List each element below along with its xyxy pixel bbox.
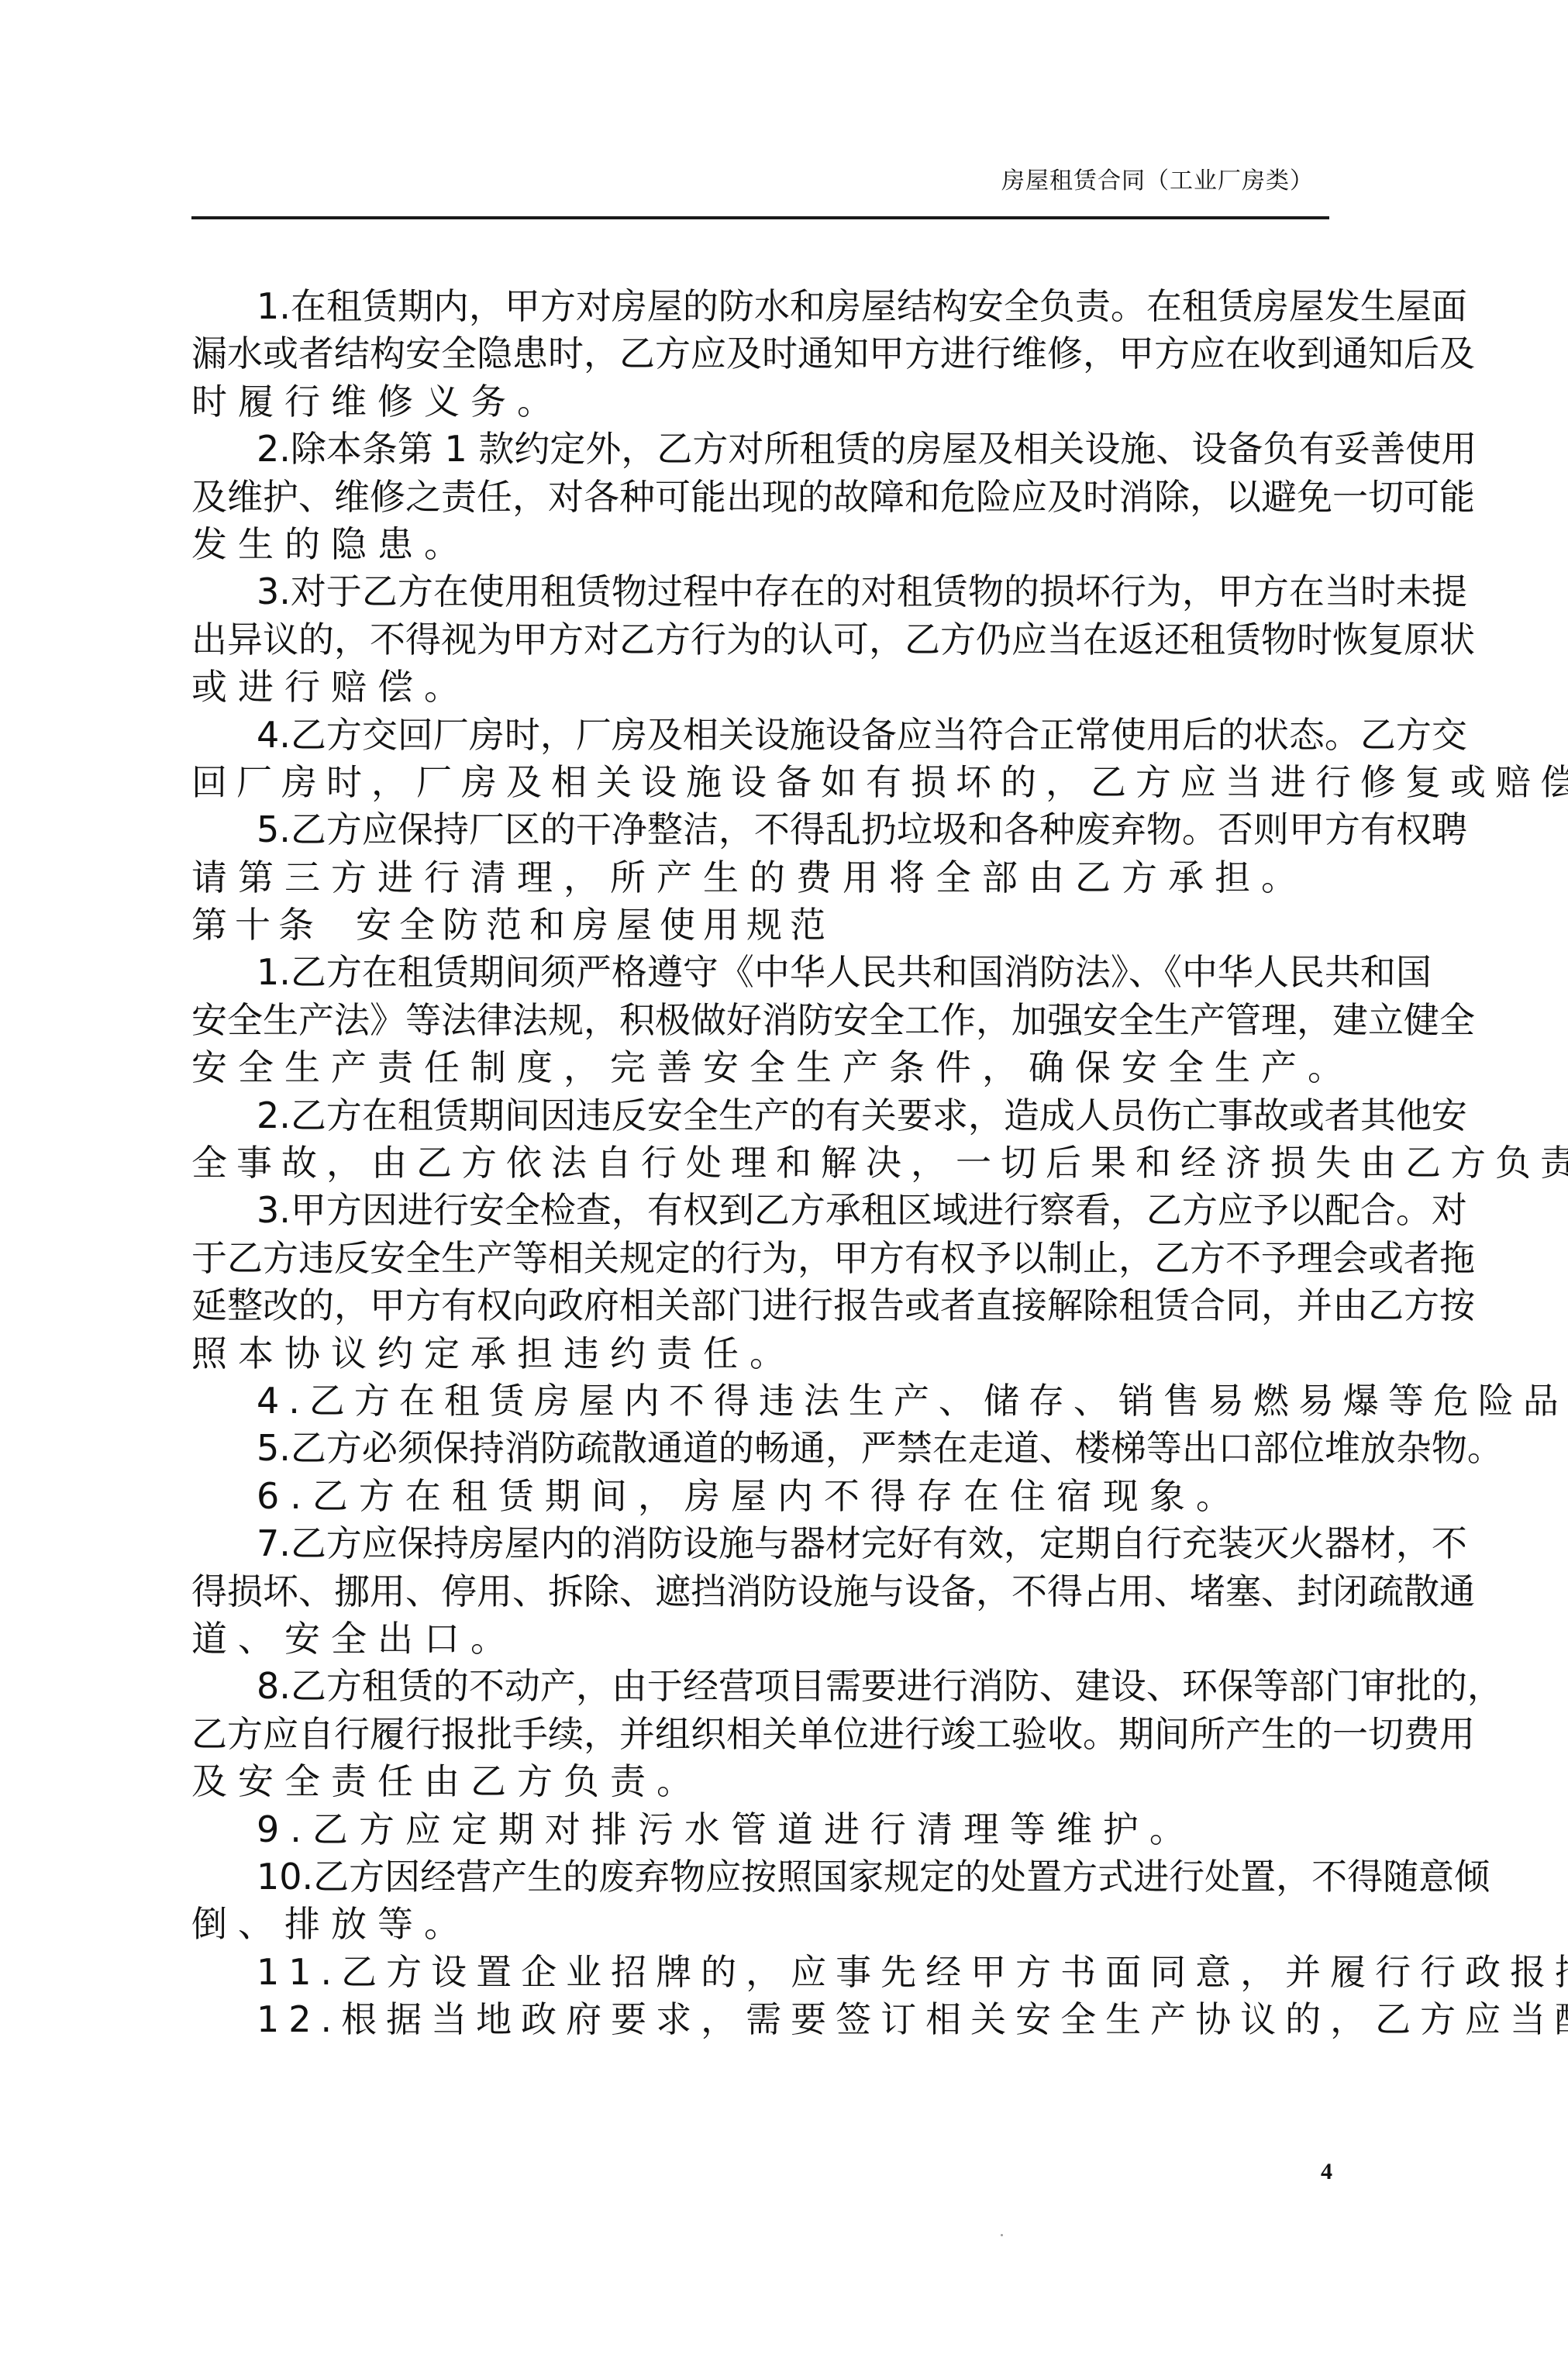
clause-10-item-8-line-1: 8.乙方租赁的不动产，由于经营项目需要进行消防、建设、环保等部门审批的， [191, 1663, 1325, 1710]
clause-10-item-3-line-1: 3.甲方因进行安全检查，有权到乙方承租区域进行察看，乙方应予以配合。对 [191, 1187, 1325, 1234]
clause-9-item-3-line-1: 3.对于乙方在使用租赁物过程中存在的对租赁物的损坏行为，甲方在当时未提 [191, 568, 1325, 615]
clause-10-item-8-line-2: 乙方应自行履行报批手续，并组织相关单位进行竣工验收。期间所产生的一切费用 [191, 1711, 1325, 1758]
clause-9-item-1-line-3: 时履行维修义务。 [191, 378, 1325, 426]
clause-10-item-3-line-4: 照本协议约定承担违约责任。 [191, 1330, 1325, 1377]
article-title: 安全防范和房屋使用规范 [356, 904, 833, 946]
clause-10-item-7-line-3: 道、安全出口。 [191, 1615, 1325, 1663]
header-rule [191, 216, 1329, 219]
clause-9-item-1-line-2: 漏水或者结构安全隐患时，乙方应及时通知甲方进行维修，甲方应在收到通知后及 [191, 330, 1325, 377]
clause-10-item-10-line-1: 10.乙方因经营产生的废弃物应按照国家规定的处置方式进行处置，不得随意倾 [191, 1853, 1325, 1901]
clause-9-item-1-line-1: 1.在租赁期内，甲方对房屋的防水和房屋结构安全负责。在租赁房屋发生屋面 [191, 283, 1325, 330]
clause-10-item-1-line-2: 安全生产法》等法律法规，积极做好消防安全工作，加强安全生产管理，建立健全 [191, 997, 1325, 1044]
clause-9-item-2-line-3: 发生的隐患。 [191, 521, 1325, 568]
clause-10-item-10-line-2: 倒、排放等。 [191, 1901, 1325, 1948]
clause-9-item-3-line-2: 出异议的，不得视为甲方对乙方行为的认可，乙方仍应当在返还租赁物时恢复原状 [191, 616, 1325, 664]
clause-10-item-7-line-1: 7.乙方应保持房屋内的消防设施与器材完好有效，定期自行充装灭火器材，不 [191, 1520, 1325, 1567]
clause-10-item-2-line-1: 2.乙方在租赁期间因违反安全生产的有关要求，造成人员伤亡事故或者其他安 [191, 1092, 1325, 1139]
clause-10-item-3-line-3: 延整改的，甲方有权向政府相关部门进行报告或者直接解除租赁合同，并由乙方按 [191, 1282, 1325, 1329]
clause-9-item-5-line-1: 5.乙方应保持厂区的干净整洁，不得乱扔垃圾和各种废弃物。否则甲方有权聘 [191, 806, 1325, 853]
clause-9-item-2-line-1: 2.除本条第 1 款约定外，乙方对所租赁的房屋及相关设施、设备负有妥善使用 [191, 426, 1325, 473]
clause-10-item-8-line-3: 及安全责任由乙方负责。 [191, 1758, 1325, 1805]
clause-10-item-7-line-2: 得损坏、挪用、停用、拆除、遮挡消防设施与设备，不得占用、堵塞、封闭疏散通 [191, 1568, 1325, 1615]
page-number: 4 [1321, 2158, 1332, 2186]
clause-10-item-2-line-2: 全事故，由乙方依法自行处理和解决，一切后果和经济损失由乙方负责. [191, 1139, 1325, 1187]
clause-10-item-12-line-1: 12.根据当地政府要求，需要签订相关安全生产协议的，乙方应当配合签订。 [191, 1996, 1325, 2043]
clause-9-item-4-line-2: 回厂房时，厂房及相关设施设备如有损坏的，乙方应当进行修复或赔偿损失。 [191, 759, 1325, 806]
document-page: 房屋租赁合同（工业厂房类） 1.在租赁期内，甲方对房屋的防水和房屋结构安全负责。… [0, 0, 1568, 2358]
clause-10-item-3-line-2: 于乙方违反安全生产等相关规定的行为，甲方有权予以制止，乙方不予理会或者拖 [191, 1235, 1325, 1282]
clause-9-item-4-line-1: 4.乙方交回厂房时，厂房及相关设施设备应当符合正常使用后的状态。乙方交 [191, 712, 1325, 759]
article-10-heading: 第十条安全防范和房屋使用规范 [191, 901, 1325, 949]
clause-9-item-3-line-3: 或进行赔偿。 [191, 664, 1325, 711]
article-number: 第十条 [191, 904, 322, 946]
clause-10-item-1-line-3: 安全生产责任制度，完善安全生产条件，确保安全生产。 [191, 1044, 1325, 1091]
clause-10-item-4-line-1: 4.乙方在租赁房屋内不得违法生产、储存、销售易燃易爆等危险品。 [191, 1377, 1325, 1425]
clause-10-item-6-line-1: 6.乙方在租赁期间，房屋内不得存在住宿现象。 [191, 1473, 1325, 1520]
clause-10-item-1-line-1: 1.乙方在租赁期间须严格遵守《中华人民共和国消防法》、《中华人民共和国 [191, 949, 1325, 996]
clause-9-item-5-line-2: 请第三方进行清理，所产生的费用将全部由乙方承担。 [191, 854, 1325, 901]
scan-speck [1001, 2234, 1003, 2236]
clause-10-item-9-line-1: 9.乙方应定期对排污水管道进行清理等维护。 [191, 1806, 1325, 1853]
clause-10-item-5-line-1: 5.乙方必须保持消防疏散通道的畅通，严禁在走道、楼梯等出口部位堆放杂物。 [191, 1425, 1325, 1472]
document-body: 1.在租赁期内，甲方对房屋的防水和房屋结构安全负责。在租赁房屋发生屋面 漏水或者… [191, 283, 1325, 2043]
running-header: 房屋租赁合同（工业厂房类） [1001, 164, 1314, 198]
clause-9-item-2-line-2: 及维护、维修之责任，对各种可能出现的故障和危险应及时消除，以避免一切可能 [191, 474, 1325, 521]
clause-10-item-11-line-1: 11.乙方设置企业招牌的，应事先经甲方书面同意，并履行行政报批手续。 [191, 1949, 1325, 1996]
